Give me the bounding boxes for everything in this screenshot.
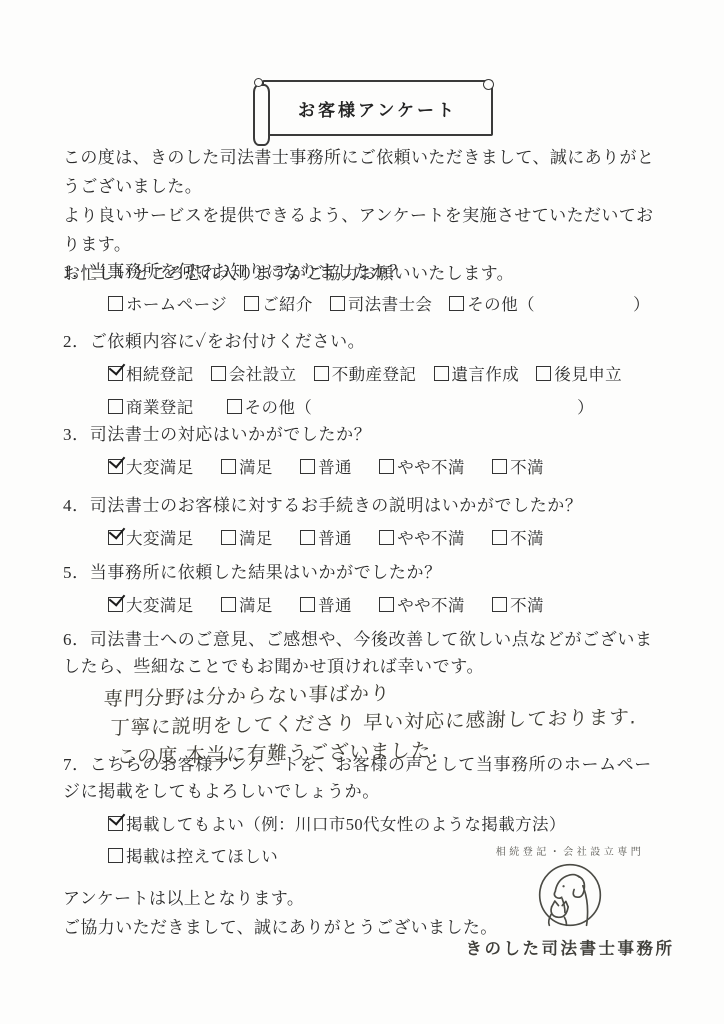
option-satisfied: 満足 bbox=[221, 525, 273, 549]
option-will-drafting: 遺言作成 bbox=[434, 361, 520, 385]
checkbox-icon bbox=[314, 366, 329, 381]
option-label: 司法書士会 bbox=[348, 291, 433, 315]
option-label: その他（ bbox=[467, 291, 535, 315]
question-2-options-row2: 商業登記 その他（ ） bbox=[108, 394, 594, 418]
option-shihoshoshi-kai: 司法書士会 bbox=[330, 291, 433, 315]
checkbox-icon bbox=[449, 296, 464, 311]
option-label: 掲載してもよい（例：川口市50代女性のような掲載方法） bbox=[126, 811, 566, 835]
option-dissatisfied: 不満 bbox=[492, 592, 544, 616]
closing-paragraph: アンケートは以上となります。 ご協力いただきまして、誠にありがとうございました。 bbox=[63, 884, 498, 942]
option-label: その他（ bbox=[245, 394, 313, 418]
checkbox-icon bbox=[536, 366, 551, 381]
question-3-heading: 3．司法書士の対応はいかがでしたか？ bbox=[63, 421, 669, 448]
option-very-satisfied: 大変満足 bbox=[108, 592, 194, 616]
option-label: やや不満 bbox=[397, 592, 465, 616]
checkbox-icon bbox=[108, 366, 123, 381]
checkbox-icon bbox=[108, 816, 123, 831]
option-neutral: 普通 bbox=[300, 454, 352, 478]
option-other: その他（ bbox=[449, 291, 535, 315]
option-label: 大変満足 bbox=[126, 454, 194, 478]
option-label: 不動産登記 bbox=[332, 361, 417, 385]
question-2-options-row1: 相続登記 会社設立 不動産登記 遺言作成 後見申立 bbox=[108, 361, 622, 385]
checkbox-icon bbox=[300, 530, 315, 545]
question-5-heading: 5．当事務所に依頼した結果はいかがでしたか？ bbox=[63, 559, 669, 586]
question-4-heading: 4．司法書士のお客様に対するお手続きの説明はいかがでしたか？ bbox=[63, 492, 669, 519]
checkbox-icon bbox=[492, 597, 507, 612]
title-banner: お客様アンケート bbox=[253, 76, 493, 136]
option-neutral: 普通 bbox=[300, 592, 352, 616]
dog-and-cat-icon bbox=[452, 861, 688, 934]
checkbox-icon bbox=[492, 530, 507, 545]
checkbox-icon bbox=[379, 597, 394, 612]
option-commercial-registration: 商業登記 bbox=[108, 394, 194, 418]
page-title: お客様アンケート bbox=[298, 96, 457, 121]
option-somewhat-dissatisfied: やや不満 bbox=[379, 525, 465, 549]
closing-line: ご協力いただきまして、誠にありがとうございました。 bbox=[63, 918, 498, 937]
scroll-curl-top-right-icon bbox=[483, 79, 494, 90]
scroll-curl-top-left-icon bbox=[254, 78, 263, 87]
option-real-estate-registration: 不動産登記 bbox=[314, 361, 417, 385]
checkbox-icon bbox=[211, 366, 226, 381]
option-satisfied: 満足 bbox=[221, 592, 273, 616]
office-logo: 相続登記・会社設立専門 bbox=[452, 843, 688, 959]
checkbox-icon bbox=[108, 848, 123, 863]
checkbox-icon bbox=[330, 296, 345, 311]
checkmark-icon bbox=[109, 522, 126, 539]
question-4-options: 大変満足 満足 普通 やや不満 不満 bbox=[108, 525, 544, 549]
intro-line: より良いサービスを提供できるよう、アンケートを実施させていただいております。 bbox=[63, 206, 654, 254]
option-label: 満足 bbox=[239, 525, 273, 549]
closing-line: アンケートは以上となります。 bbox=[63, 889, 304, 908]
checkbox-icon bbox=[300, 459, 315, 474]
checkbox-icon bbox=[221, 597, 236, 612]
option-label: 普通 bbox=[318, 454, 352, 478]
scroll-roll-left bbox=[253, 84, 270, 146]
checkmark-icon bbox=[109, 451, 126, 468]
checkbox-icon bbox=[108, 597, 123, 612]
question-6-heading: 6．司法書士へのご意見、ご感想や、今後改善して欲しい点などがございましたら、些細… bbox=[63, 626, 669, 680]
question-3: 3．司法書士の対応はいかがでしたか？ 大変満足 満足 普通 やや不満 不満 bbox=[63, 421, 669, 478]
option-neutral: 普通 bbox=[300, 525, 352, 549]
question-1-options: ホームページ ご紹介 司法書士会 その他（ ） bbox=[108, 291, 650, 315]
checkbox-icon bbox=[379, 530, 394, 545]
question-4: 4．司法書士のお客様に対するお手続きの説明はいかがでしたか？ 大変満足 満足 普… bbox=[63, 492, 669, 549]
option-label: 普通 bbox=[318, 525, 352, 549]
option-label: やや不満 bbox=[397, 525, 465, 549]
option-label: 普通 bbox=[318, 592, 352, 616]
option-label: 大変満足 bbox=[126, 525, 194, 549]
question-6: 6．司法書士へのご意見、ご感想や、今後改善して欲しい点などがございましたら、些細… bbox=[63, 626, 669, 680]
checkbox-icon bbox=[108, 459, 123, 474]
question-2: 2．ご依頼内容に✓をお付けください。 相続登記 会社設立 不動産登記 遺言作成 … bbox=[63, 328, 669, 418]
option-allow-publication: 掲載してもよい（例：川口市50代女性のような掲載方法） bbox=[108, 811, 566, 835]
checkmark-icon bbox=[109, 808, 126, 825]
option-label: 後見申立 bbox=[554, 361, 622, 385]
option-label: 不満 bbox=[510, 525, 544, 549]
question-5: 5．当事務所に依頼した結果はいかがでしたか？ 大変満足 満足 普通 やや不満 不… bbox=[63, 559, 669, 616]
option-other: その他（ bbox=[227, 394, 313, 418]
option-label: 相続登記 bbox=[126, 361, 194, 385]
option-label: 満足 bbox=[239, 454, 273, 478]
option-label: ホームページ bbox=[126, 291, 227, 315]
question-3-options: 大変満足 満足 普通 やや不満 不満 bbox=[108, 454, 544, 478]
question-7-option-allow: 掲載してもよい（例：川口市50代女性のような掲載方法） bbox=[108, 811, 628, 835]
question-1: 1．当事務所を何でお知りになりましたか？ ホームページ ご紹介 司法書士会 その… bbox=[63, 258, 669, 315]
option-label: 満足 bbox=[239, 592, 273, 616]
scanned-survey-page: お客様アンケート この度は、きのした司法書士事務所にご依頼いただきまして、誠にあ… bbox=[0, 0, 724, 1024]
option-inheritance-registration: 相続登記 bbox=[108, 361, 194, 385]
intro-line: この度は、きのした司法書士事務所にご依頼いただきまして、誠にありがとうございまし… bbox=[63, 148, 654, 196]
logo-tagline: 相続登記・会社設立専門 bbox=[452, 843, 688, 858]
checkbox-icon bbox=[221, 530, 236, 545]
checkbox-icon bbox=[244, 296, 259, 311]
option-label: 会社設立 bbox=[229, 361, 297, 385]
option-label: ご紹介 bbox=[262, 291, 313, 315]
option-very-satisfied: 大変満足 bbox=[108, 525, 194, 549]
checkmark-icon bbox=[109, 358, 126, 375]
checkbox-icon bbox=[227, 399, 242, 414]
option-dissatisfied: 不満 bbox=[492, 525, 544, 549]
checkbox-icon bbox=[300, 597, 315, 612]
option-label: 遺言作成 bbox=[452, 361, 520, 385]
option-homepage: ホームページ bbox=[108, 291, 227, 315]
option-company-formation: 会社設立 bbox=[211, 361, 297, 385]
option-label: 不満 bbox=[510, 592, 544, 616]
option-label: 掲載は控えてほしい bbox=[126, 843, 278, 867]
checkbox-icon bbox=[434, 366, 449, 381]
option-label: やや不満 bbox=[397, 454, 465, 478]
option-very-satisfied: 大変満足 bbox=[108, 454, 194, 478]
option-dissatisfied: 不満 bbox=[492, 454, 544, 478]
question-1-heading: 1．当事務所を何でお知りになりましたか？ bbox=[63, 258, 669, 285]
option-label: 不満 bbox=[510, 454, 544, 478]
close-paren: ） bbox=[633, 291, 650, 315]
option-label: 大変満足 bbox=[126, 592, 194, 616]
checkbox-icon bbox=[221, 459, 236, 474]
close-paren: ） bbox=[577, 394, 594, 418]
title-banner-box: お客様アンケート bbox=[262, 80, 493, 136]
option-referral: ご紹介 bbox=[244, 291, 313, 315]
checkbox-icon bbox=[379, 459, 394, 474]
option-somewhat-dissatisfied: やや不満 bbox=[379, 454, 465, 478]
question-5-options: 大変満足 満足 普通 やや不満 不満 bbox=[108, 592, 544, 616]
option-label: 商業登記 bbox=[126, 394, 194, 418]
checkbox-icon bbox=[108, 296, 123, 311]
office-name: きのした司法書士事務所 bbox=[452, 935, 688, 959]
checkmark-icon bbox=[109, 589, 126, 606]
option-somewhat-dissatisfied: やや不満 bbox=[379, 592, 465, 616]
checkbox-icon bbox=[108, 530, 123, 545]
option-guardianship: 後見申立 bbox=[536, 361, 622, 385]
option-satisfied: 満足 bbox=[221, 454, 273, 478]
question-2-heading: 2．ご依頼内容に✓をお付けください。 bbox=[63, 328, 669, 355]
option-decline-publication: 掲載は控えてほしい bbox=[108, 843, 278, 867]
checkbox-icon bbox=[492, 459, 507, 474]
handwritten-comment: 専門分野は分からない事ばかり 丁寧に説明をしてくださり 早い対応に感謝しておりま… bbox=[100, 673, 639, 771]
checkbox-icon bbox=[108, 399, 123, 414]
